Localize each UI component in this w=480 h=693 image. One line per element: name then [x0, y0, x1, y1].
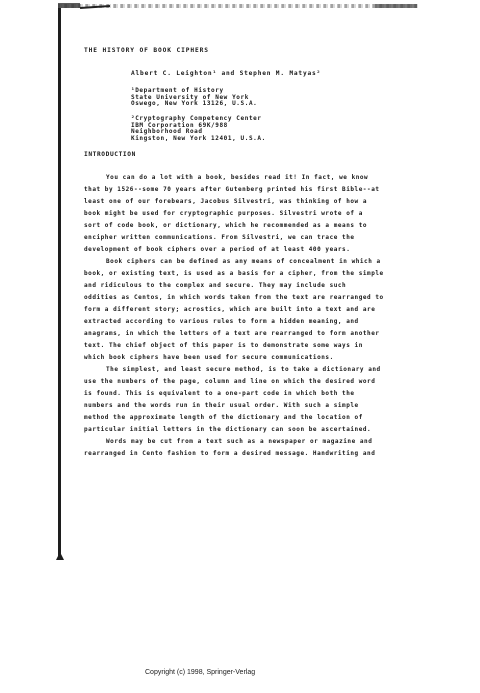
body-line: encipher written communications. From Si… — [84, 232, 384, 244]
body-line: is found. This is equivalent to a one-pa… — [84, 388, 384, 400]
scan-artifact-top — [58, 4, 418, 8]
body-line: The simplest, and least secure method, i… — [84, 364, 384, 376]
body-line: You can do a lot with a book, besides re… — [84, 172, 384, 184]
body-line: numbers and the words run in their usual… — [84, 400, 384, 412]
body-line: book might be used for cryptographic pur… — [84, 208, 384, 220]
body-line: oddities as Centos, in which words taken… — [84, 292, 384, 304]
body-line: Words may be cut from a text such as a n… — [84, 436, 384, 448]
section-heading: INTRODUCTION — [84, 151, 136, 158]
body-line: text. The chief object of this paper is … — [84, 340, 384, 352]
affiliation-1: ¹Department of History State University … — [131, 88, 257, 108]
body-line: least one of our forebears, Jacobus Silv… — [84, 196, 384, 208]
body-line: sort of code book, or dictionary, which … — [84, 220, 384, 232]
paper-title: THE HISTORY OF BOOK CIPHERS — [84, 47, 209, 54]
affiliation-2: ²Cryptography Competency Center IBM Corp… — [131, 116, 266, 142]
scan-margin-line — [58, 8, 61, 558]
body-line: form a different story; acrostics, which… — [84, 304, 384, 316]
paper-authors: Albert C. Leighton¹ and Stephen M. Matya… — [131, 70, 321, 77]
affiliation-line: Kingston, New York 12401, U.S.A. — [131, 136, 266, 143]
body-line: anagrams, in which the letters of a text… — [84, 328, 384, 340]
scan-artifact-top-right — [375, 4, 417, 8]
body-line: extracted according to various rules to … — [84, 316, 384, 328]
copyright-footer: Copyright (c) 1998, Springer-Verlag — [145, 669, 255, 676]
body-line: use the numbers of the page, column and … — [84, 376, 384, 388]
affiliation-line: Oswego, New York 13126, U.S.A. — [131, 101, 257, 108]
body-line: development of book ciphers over a perio… — [84, 244, 384, 256]
body-line: book, or existing text, is used as a bas… — [84, 268, 384, 280]
scan-margin-foot — [56, 552, 64, 560]
body-line: Book ciphers can be defined as any means… — [84, 256, 384, 268]
body-line: method the approximate length of the dic… — [84, 412, 384, 424]
body-line: particular initial letters in the dictio… — [84, 424, 384, 436]
body-line: and ridiculous to the complex and secure… — [84, 280, 384, 292]
body-line: that by 1526--some 70 years after Gutenb… — [84, 184, 384, 196]
scan-artifact-top-left — [58, 3, 80, 8]
body-line: which book ciphers have been used for se… — [84, 352, 384, 364]
body-line: rearranged in Cento fashion to form a de… — [84, 448, 384, 460]
body-text: You can do a lot with a book, besides re… — [84, 172, 384, 460]
